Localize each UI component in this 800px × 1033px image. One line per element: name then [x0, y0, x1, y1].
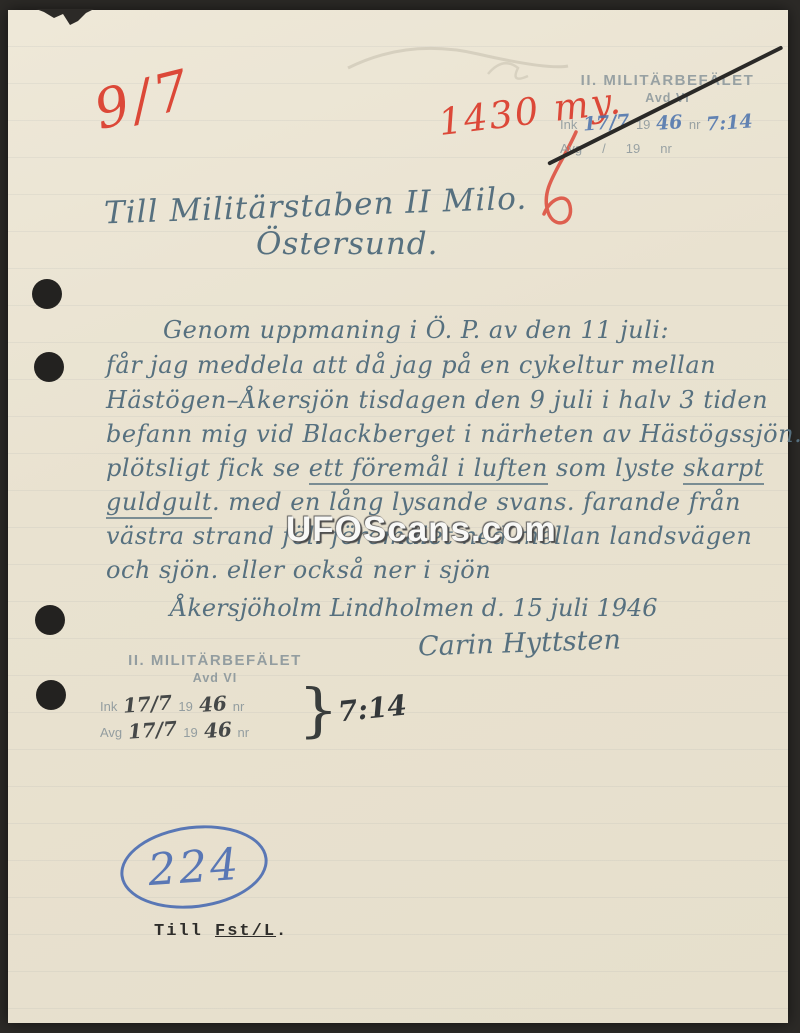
- stamp-subtitle: Avd VI: [100, 671, 330, 685]
- body-line-5-pre: plötsligt fick se: [106, 454, 309, 482]
- paper-tear: [36, 9, 94, 29]
- stamp-title: II. MILITÄRBEFÄLET: [560, 72, 775, 89]
- letter-page: 9/7 1430 my. II. MILITÄRBEFÄLET Avd VI I…: [8, 10, 788, 1023]
- stamp-ink-label: Ink: [100, 699, 117, 714]
- recipient-line-1: Till Militärstaben II Milo.: [104, 181, 528, 232]
- pencil-scribble: [338, 28, 578, 88]
- stamp-avg-century: 19: [183, 725, 197, 740]
- red-date-annotation: 9/7: [88, 57, 199, 142]
- signature: Carin Hyttsten: [418, 624, 622, 662]
- stamp-ink-row: Ink 17/7 19 46 nr 7:14: [560, 112, 775, 134]
- stamp-avg-nr-label: nr: [660, 141, 672, 156]
- stamp-avg-label: Avg: [100, 725, 122, 740]
- stamp-ink-century: 19: [178, 699, 192, 714]
- body-line-3: Hästögen–Åkersjön tisdagen den 9 juli i …: [106, 386, 768, 414]
- watermark: UFOScans.com: [286, 510, 557, 550]
- routing-period: .: [276, 922, 288, 941]
- punch-hole: [36, 680, 66, 710]
- blue-circle-annotation: 224: [116, 817, 273, 916]
- body-line-5: plötsligt fick se ett föremål i luften s…: [106, 454, 764, 482]
- punch-hole: [35, 605, 65, 635]
- registry-stamp-bottom: II. MILITÄRBEFÄLET Avd VI Ink 17/7 19 46…: [100, 652, 330, 742]
- recipient-line-2: Östersund.: [256, 226, 438, 262]
- stamp-ink-year-handwritten: 46: [656, 111, 684, 135]
- routing-target: Fst/L: [215, 922, 276, 941]
- body-line-1: Genom uppmaning i Ö. P. av den 11 juli:: [163, 316, 669, 344]
- stamp-ink-date-handwritten: 17/7: [123, 690, 174, 717]
- body-line-5-underlined: ett föremål i luften: [309, 454, 548, 485]
- stamp-avg-year-handwritten: 46: [203, 717, 232, 743]
- stamp-ink-number-handwritten: 7:14: [706, 110, 754, 135]
- stamp-ink-row: Ink 17/7 19 46 nr: [100, 692, 330, 716]
- body-line-8: och sjön. eller också ner i sjön: [106, 556, 491, 584]
- scan-background: 9/7 1430 my. II. MILITÄRBEFÄLET Avd VI I…: [0, 0, 800, 1033]
- stamp-ink-nr-label: nr: [689, 117, 701, 132]
- stamp-ink-nr-label: nr: [233, 699, 245, 714]
- punch-hole: [32, 279, 62, 309]
- body-line-5-mid: som lyste: [548, 454, 683, 482]
- stamp-brace: }: [298, 676, 339, 744]
- stamp-ink-year-handwritten: 46: [198, 691, 227, 717]
- body-line-4: befann mig vid Blackberget i närheten av…: [106, 420, 800, 448]
- stamp-number-handwritten: 7:14: [336, 688, 408, 728]
- stamp-title: II. MILITÄRBEFÄLET: [100, 652, 330, 669]
- circled-number: 224: [146, 838, 242, 895]
- stamp-avg-century: 19: [626, 141, 640, 156]
- stamp-avg-row: Avg 17/7 19 46 nr: [100, 718, 330, 742]
- stamp-ink-label: Ink: [560, 117, 577, 132]
- body-line-6-underlined: guldgult: [106, 488, 212, 519]
- body-line-5-underlined-2: skarpt: [683, 454, 764, 485]
- stamp-avg-date: /: [602, 141, 606, 156]
- punch-hole: [34, 352, 64, 382]
- routing-note: Till Fst/L.: [154, 922, 288, 941]
- stamp-avg-date-handwritten: 17/7: [127, 716, 178, 743]
- dateline: Åkersjöholm Lindholmen d. 15 juli 1946: [170, 594, 658, 622]
- body-line-2: får jag meddela att då jag på en cykeltu…: [106, 351, 716, 379]
- routing-prefix: Till: [154, 922, 215, 941]
- stamp-avg-nr-label: nr: [238, 725, 250, 740]
